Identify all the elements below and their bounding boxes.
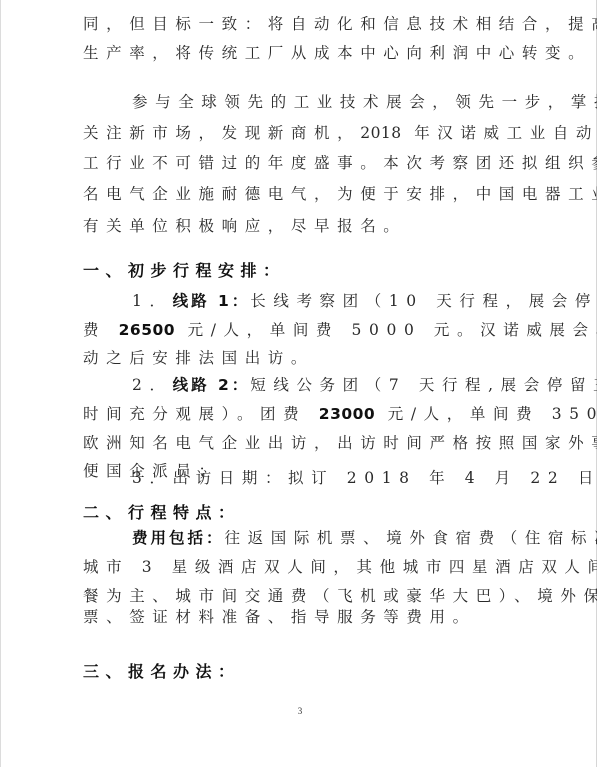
route-2-line-2: 时间充分观展）。团费 23000 元/人，单间费 3500 元。展后安排	[83, 403, 523, 425]
page-number: 3	[295, 706, 305, 716]
paragraph-2-line-1: 参与全球领先的工业技术展会，领先一步，掌握新技术、	[132, 91, 572, 113]
route-2-description: 短线公务团（7 天行程,展会停留三天，给团员	[250, 376, 597, 394]
route-2-line-1: 2．线路 2：短线公务团（7 天行程,展会停留三天，给团员	[132, 374, 572, 396]
fees-line-2: 城市 3 星级酒店双人间，其他城市四星酒店双人间，餐饮以中	[83, 556, 523, 578]
section-2-heading: 二、行程特点：	[83, 502, 523, 524]
section-1-heading: 一、初步行程安排：	[83, 260, 523, 282]
paragraph-2-line-4: 名电气企业施耐德电气，为便于安排，中国电器工业协会希望	[83, 183, 523, 205]
route-1-line-3: 动之后安排法国出访。	[83, 347, 523, 369]
route-1-fee-suffix: 元/人，单间费 5000 元。汉诺威展会、施耐德公务活	[175, 321, 597, 339]
route-2-fee-suffix: 元/人，单间费 3500 元。展后安排	[375, 405, 597, 423]
section-3-heading: 三、报名办法：	[83, 661, 523, 683]
paragraph-2-text-a: 关注新市场，发现新商机，	[83, 124, 360, 142]
paragraph-2-text-b: 年汉诺威工业自动化展将是电	[414, 124, 597, 142]
fees-label: 费用包括：	[132, 529, 225, 547]
fees-line-1: 费用包括：往返国际机票、境外食宿费（住宿标准：展览	[132, 527, 572, 549]
departure-date-line: 3．出访日期：拟订 2018 年 4 月 22 日左右。	[132, 467, 572, 489]
fees-line-3: 餐为主、城市间交通费（飞机或豪华大巴）、境外保险、展会门	[83, 585, 523, 607]
route-2-line-3: 欧洲知名电气企业出访，出访时间严格按照国家外事规定，方	[83, 432, 523, 454]
paragraph-2-line-2: 关注新市场，发现新商机，2018 年汉诺威工业自动化展将是电	[83, 122, 523, 144]
intro-line-1: 同，但目标一致：将自动化和信息技术相结合，提高制造业的	[83, 13, 523, 35]
route-1-description: 长线考察团（10 天行程，展会停留两天）。团	[250, 292, 597, 310]
paragraph-2-line-3: 工行业不可错过的年度盛事。本次考察团还拟组织参观国际知	[83, 152, 523, 174]
route-1-label: 线路 1：	[173, 292, 251, 310]
route-1-fee-prefix: 费	[83, 321, 119, 339]
fees-line-1-text: 往返国际机票、境外食宿费（住宿标准：展览	[225, 529, 597, 547]
exhibition-year: 2018	[360, 124, 401, 142]
fees-line-4: 票、签证材料准备、指导服务等费用。	[83, 606, 523, 628]
route-1-line-2: 费 26500 元/人，单间费 5000 元。汉诺威展会、施耐德公务活	[83, 319, 523, 341]
paragraph-2-line-5: 有关单位积极响应，尽早报名。	[83, 215, 523, 237]
route-1-number: 1．	[132, 292, 173, 310]
route-2-price: 23000	[319, 405, 375, 423]
route-1-price: 26500	[119, 321, 175, 339]
document-page: 同，但目标一致：将自动化和信息技术相结合，提高制造业的 生产率，将传统工厂从成本…	[0, 0, 597, 767]
route-2-number: 2．	[132, 376, 173, 394]
route-2-label: 线路 2：	[173, 376, 251, 394]
route-1-line-1: 1．线路 1：长线考察团（10 天行程，展会停留两天）。团	[132, 290, 572, 312]
intro-line-2: 生产率，将传统工厂从成本中心向利润中心转变。	[83, 42, 523, 64]
route-2-fee-prefix: 时间充分观展）。团费	[83, 405, 319, 423]
